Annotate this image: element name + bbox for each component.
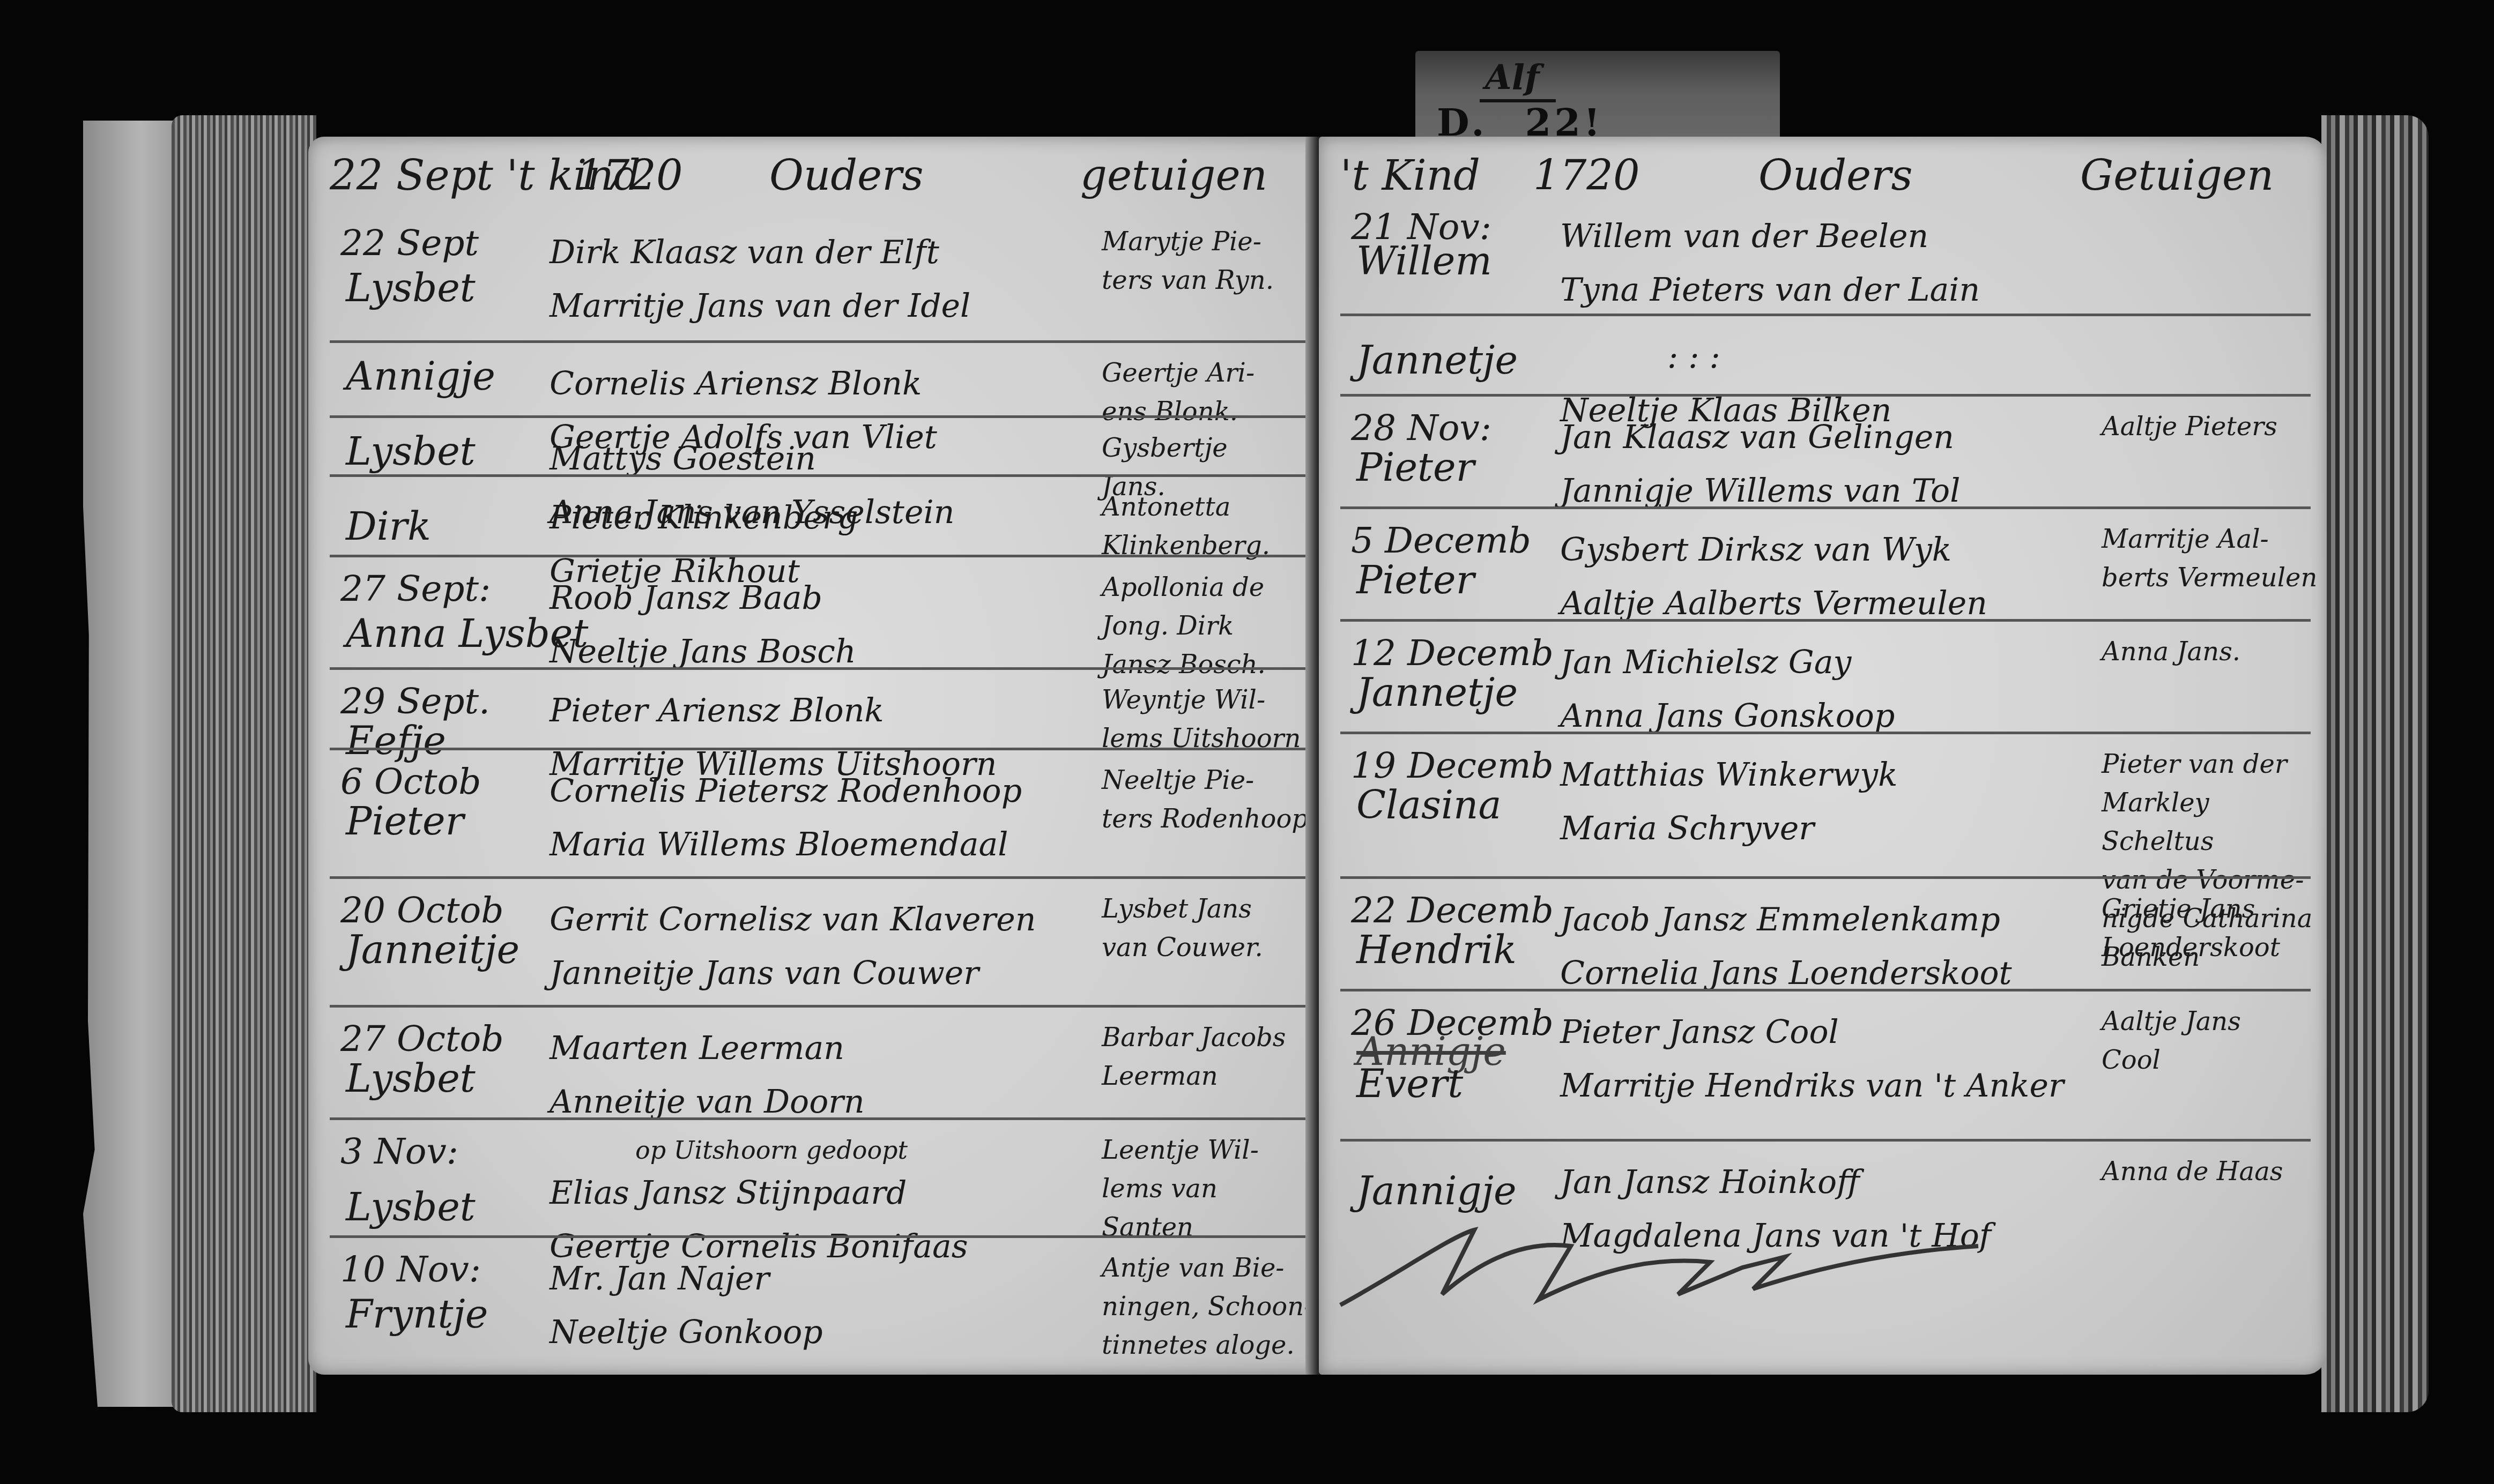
entry-parents: Maarten LeermanAnneitje van Doorn: [550, 1021, 865, 1129]
entry-date: 10 Nov:: [340, 1249, 481, 1290]
register-entry: LysbetMattys GoesteinAnna Jans van Yssel…: [330, 415, 1308, 477]
entry-witnesses: Weyntje Wil- lems Uitshoorn: [1102, 681, 1327, 758]
register-entry: 28 Nov:PieterJan Klaasz van GelingenJann…: [1340, 394, 2311, 509]
entry-child-name: Annigje: [346, 354, 495, 399]
entry-witnesses: Anna Jans.: [2102, 632, 2327, 671]
entry-father: Maarten Leerman: [550, 1021, 865, 1075]
entry-date: 22 Decemb: [1351, 890, 1554, 931]
entry-date: 29 Sept.: [340, 681, 490, 722]
ditto-marks: : : :: [1560, 330, 1891, 384]
entry-parents: Pieter Jansz CoolMarritje Hendriks van '…: [1560, 1005, 2064, 1113]
register-entry: 29 Sept.EefjePieter Ariensz BlonkMarritj…: [330, 667, 1308, 750]
entry-mother: Maria Schryver: [1560, 802, 1898, 855]
entry-father: Pieter Jansz Cool: [1560, 1005, 2064, 1059]
entry-mother: Neeltje Gonkoop: [550, 1306, 823, 1359]
entry-parents: Roob Jansz BaabNeeltje Jans Bosch: [550, 571, 856, 678]
book-page-edges-left: [172, 115, 316, 1412]
entry-witnesses: Grietje Jans Loenderskoot: [2102, 890, 2327, 967]
entry-parents: Jacob Jansz EmmelenkampCornelia Jans Loe…: [1560, 893, 2012, 1000]
entry-father: Mr. Jan Najer: [550, 1252, 823, 1306]
entry-witnesses: Marytje Pie- ters van Ryn.: [1102, 222, 1327, 300]
closing-flourish: [1335, 1225, 2032, 1310]
entry-father: Dirk Klaasz van der Elft: [550, 226, 970, 279]
entry-father: Matthias Winkerwyk: [1560, 748, 1898, 802]
entry-father: Gysbert Dirksz van Wyk: [1560, 523, 1987, 577]
entry-witnesses: Anna de Haas: [2102, 1152, 2327, 1191]
entry-witnesses: Antonetta Klinkenberg.: [1102, 488, 1327, 565]
entry-mother: Janneitje Jans van Couwer: [550, 946, 1036, 1000]
entry-date: 20 Octob: [340, 890, 504, 931]
entry-parents: Gerrit Cornelisz van KlaverenJanneitje J…: [550, 893, 1036, 1000]
entry-father: Jacob Jansz Emmelenkamp: [1560, 893, 2012, 946]
register-entry: 27 Sept:Anna LysbetRoob Jansz BaabNeeltj…: [330, 555, 1308, 670]
entry-child-name: Clasina: [1356, 782, 1501, 827]
left-page: 22 Sept 't kind 1720 Ouders getuigen 22 …: [308, 137, 1324, 1375]
register-entry: 5 DecembPieterGysbert Dirksz van WykAalt…: [1340, 506, 2311, 622]
register-entry: 19 DecembClasinaMatthias WinkerwykMaria …: [1340, 732, 2311, 879]
entry-parents: Gysbert Dirksz van WykAaltje Aalberts Ve…: [1560, 523, 1987, 630]
register-entry: 20 OctobJanneitjeGerrit Cornelisz van Kl…: [330, 876, 1308, 1008]
entry-child-name: Lysbet: [346, 1184, 476, 1229]
entry-child-name: Jannetje: [1356, 338, 1518, 383]
entry-child-name: Evert: [1356, 1061, 1463, 1106]
entry-child-name: Jannigje: [1356, 1168, 1517, 1213]
entry-date: 12 Decemb: [1351, 632, 1554, 674]
register-entry: 3 Nov:Lysbetop Uitshoorn gedooptElias Ja…: [330, 1117, 1308, 1238]
entry-parents: Jan Michielsz GayAnna Jans Gonskoop: [1560, 636, 1895, 743]
register-entry: 12 DecembJannetjeJan Michielsz GayAnna J…: [1340, 619, 2311, 734]
entry-witnesses: Antje van Bie- ningen, Schoon- tinnetes …: [1102, 1249, 1327, 1364]
entry-date: 27 Octob: [340, 1018, 504, 1060]
entry-child-name: Pieter: [1356, 445, 1474, 490]
entry-date: 27 Sept:: [340, 568, 491, 609]
entry-note: op Uitshoorn gedoopt: [550, 1134, 968, 1166]
register-entry: 6 OctobPieterCornelis Pietersz Rodenhoop…: [330, 748, 1308, 879]
register-entry: 27 OctobLysbetMaarten LeermanAnneitje va…: [330, 1005, 1308, 1120]
entry-witnesses: Apollonia de Jong. Dirk Jansz Bosch.: [1102, 568, 1327, 684]
entry-child-name: Pieter: [1356, 557, 1474, 602]
archive-tab-top: Alf: [1480, 56, 1556, 102]
entry-parents: Cornelis Pietersz RodenhoopMaria Willems…: [550, 764, 1022, 871]
book-flyleaf: [83, 121, 180, 1407]
entry-child-name: Janneitje: [346, 927, 519, 972]
entry-witnesses: Aaltje Jans Cool: [2102, 1002, 2327, 1079]
entry-father: Pieter Ariensz Blonk: [550, 684, 997, 737]
entry-father: Jan Klaasz van Gelingen: [1560, 411, 1960, 464]
entry-witnesses: Lysbet Jans van Couwer.: [1102, 890, 1327, 967]
entry-father: Roob Jansz Baab: [550, 571, 856, 625]
entry-child-name: Willem: [1356, 238, 1492, 284]
register-entry: 26 DecembAnnigjeEvertPieter Jansz CoolMa…: [1340, 989, 2311, 1142]
entry-child-name: Lysbet: [346, 429, 476, 474]
left-entries-list: 22 SeptLysbetDirk Klaasz van der ElftMar…: [308, 137, 1324, 1375]
register-entry: 21 Nov:WillemWillem van der BeelenTyna P…: [1340, 196, 2311, 314]
entry-child-name: Jannetje: [1356, 670, 1518, 715]
entry-witnesses: Leentje Wil- lems van Santen: [1102, 1131, 1327, 1247]
right-entries-list: 21 Nov:WillemWillem van der BeelenTyna P…: [1319, 137, 2327, 1375]
entry-parents: Jan Klaasz van GelingenJannigje Willems …: [1560, 411, 1960, 518]
entry-parents: Dirk Klaasz van der ElftMarritje Jans va…: [550, 226, 970, 333]
entry-child-name: Fryntje: [346, 1292, 488, 1337]
register-entry: AnnigjeCornelis Ariensz BlonkGeertje Ado…: [330, 340, 1308, 418]
register-entry: 22 DecembHendrikJacob Jansz EmmelenkampC…: [1340, 876, 2311, 991]
entry-witnesses: Aaltje Pieters: [2102, 407, 2327, 446]
register-entry: DirkPieter KlinkenbergGrietje RikhoutAnt…: [330, 474, 1308, 557]
entry-child-name: Hendrik: [1356, 927, 1517, 972]
entry-date: 5 Decemb: [1351, 520, 1531, 561]
register-entry: 22 SeptLysbetDirk Klaasz van der ElftMar…: [330, 212, 1308, 340]
entry-child-name: Pieter: [346, 799, 464, 844]
entry-child-name: Lysbet: [346, 265, 476, 310]
entry-witnesses: Barbar Jacobs Leerman: [1102, 1018, 1327, 1095]
entry-date: 22 Sept: [340, 222, 479, 264]
entry-date: 28 Nov:: [1351, 407, 1491, 449]
entry-date: 19 Decemb: [1351, 745, 1554, 786]
entry-mother: Maria Willems Bloemendaal: [550, 818, 1022, 871]
entry-father: Gerrit Cornelisz van Klaveren: [550, 893, 1036, 946]
entry-mother: Tyna Pieters van der Lain: [1560, 263, 1980, 317]
entry-parents: Mr. Jan NajerNeeltje Gonkoop: [550, 1252, 823, 1359]
entry-witnesses: Marritje Aal- berts Vermeulen: [2102, 520, 2327, 597]
entry-witnesses: Neeltje Pie- ters Rodenhoop: [1102, 761, 1327, 838]
entry-mother: Marritje Jans van der Idel: [550, 279, 970, 333]
entry-child-name: Dirk: [346, 504, 431, 549]
entry-father: Pieter Klinkenberg: [550, 491, 858, 545]
register-entry: 10 Nov:FryntjeMr. Jan NajerNeeltje Gonko…: [330, 1235, 1308, 1372]
entry-mother: Marritje Hendriks van 't Anker: [1560, 1059, 2064, 1113]
register-entry: Jannetje: : :Neeltje Klaas Bilken: [1340, 314, 2311, 397]
right-page: 't Kind 1720 Ouders Getuigen 21 Nov:Will…: [1319, 137, 2327, 1375]
entry-father: Willem van der Beelen: [1560, 210, 1980, 263]
entry-parents: Matthias WinkerwykMaria Schryver: [1560, 748, 1898, 855]
entry-father: Jan Michielsz Gay: [1560, 636, 1895, 689]
book-page-edges-right: [2321, 115, 2429, 1412]
entry-date: 3 Nov:: [340, 1131, 458, 1172]
entry-child-name: Lysbet: [346, 1056, 476, 1101]
entry-father: Elias Jansz Stijnpaard: [550, 1166, 968, 1220]
entry-parents: Willem van der BeelenTyna Pieters van de…: [1560, 210, 1980, 317]
entry-father: Cornelis Ariensz Blonk: [550, 357, 937, 411]
entry-date: 6 Octob: [340, 761, 481, 802]
entry-father: Jan Jansz Hoinkoff: [1560, 1155, 1991, 1209]
entry-father: Cornelis Pietersz Rodenhoop: [550, 764, 1022, 818]
